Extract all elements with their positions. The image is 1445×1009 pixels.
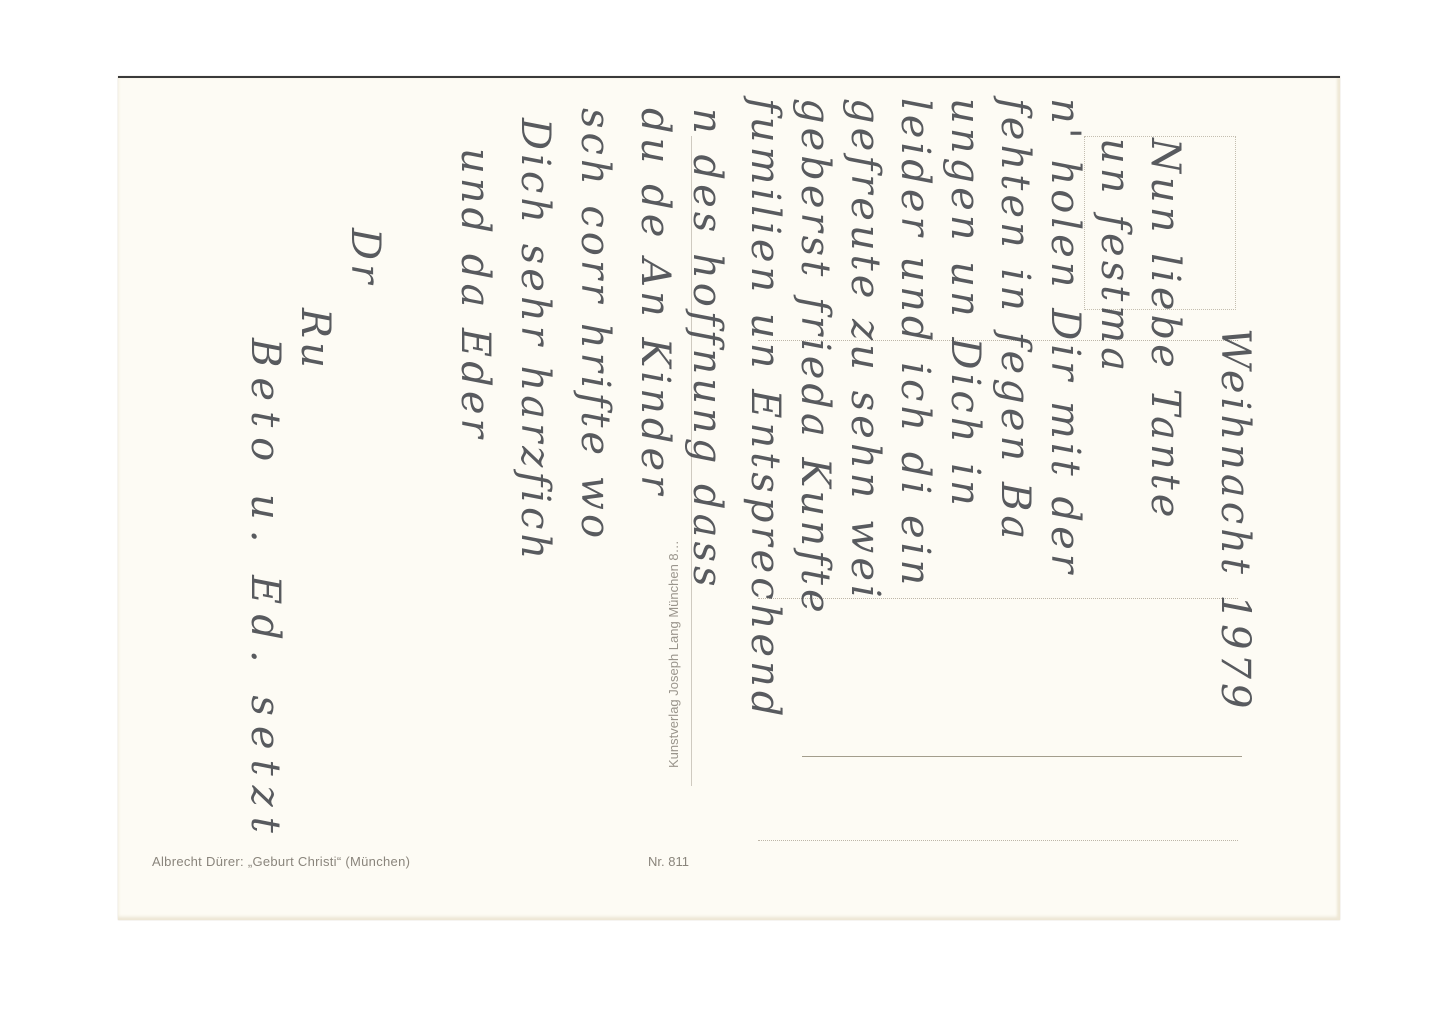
handwritten-line: n' holen Dir mit der [1042, 98, 1088, 577]
handwritten-line: un festma [1092, 138, 1138, 375]
handwritten-line: n des hoffnung dass [684, 108, 730, 591]
handwritten-line: ungen un Dich in [942, 98, 988, 510]
publisher-imprint: Kunstverlag Joseph Lang München 8… [666, 540, 681, 768]
handwritten-line: Nun liebe Tante [1142, 138, 1188, 521]
artwork-caption: Albrecht Dürer: „Geburt Christi“ (Münche… [152, 854, 410, 869]
handwritten-line: Dr [342, 228, 388, 287]
handwritten-date: Weihnacht 1979 [1212, 328, 1258, 712]
handwritten-line: leider und ich di ein [892, 98, 938, 589]
handwritten-line: fehten in fegen Ba [992, 98, 1038, 543]
handwritten-line: Dich sehr harzfich [512, 118, 558, 563]
handwritten-line: Ru [292, 308, 338, 372]
handwritten-line: gefreute zu sehn wei [842, 98, 888, 602]
handwritten-line: sch corr hrifte wo [572, 108, 618, 542]
postcard-back: Kunstverlag Joseph Lang München 8… Weihn… [118, 76, 1340, 920]
handwritten-line: fumilien un Entsprechend [742, 98, 788, 720]
address-line-3 [802, 756, 1242, 757]
handwritten-line: geberst frieda Kunfte [792, 98, 838, 617]
handwritten-signature: Beto u. Ed. setzt [242, 338, 288, 843]
address-line-4 [758, 840, 1238, 841]
card-number: Nr. 811 [648, 854, 689, 869]
handwritten-line: du de An Kinder [632, 108, 678, 498]
handwritten-line: und da Eder [452, 148, 498, 442]
